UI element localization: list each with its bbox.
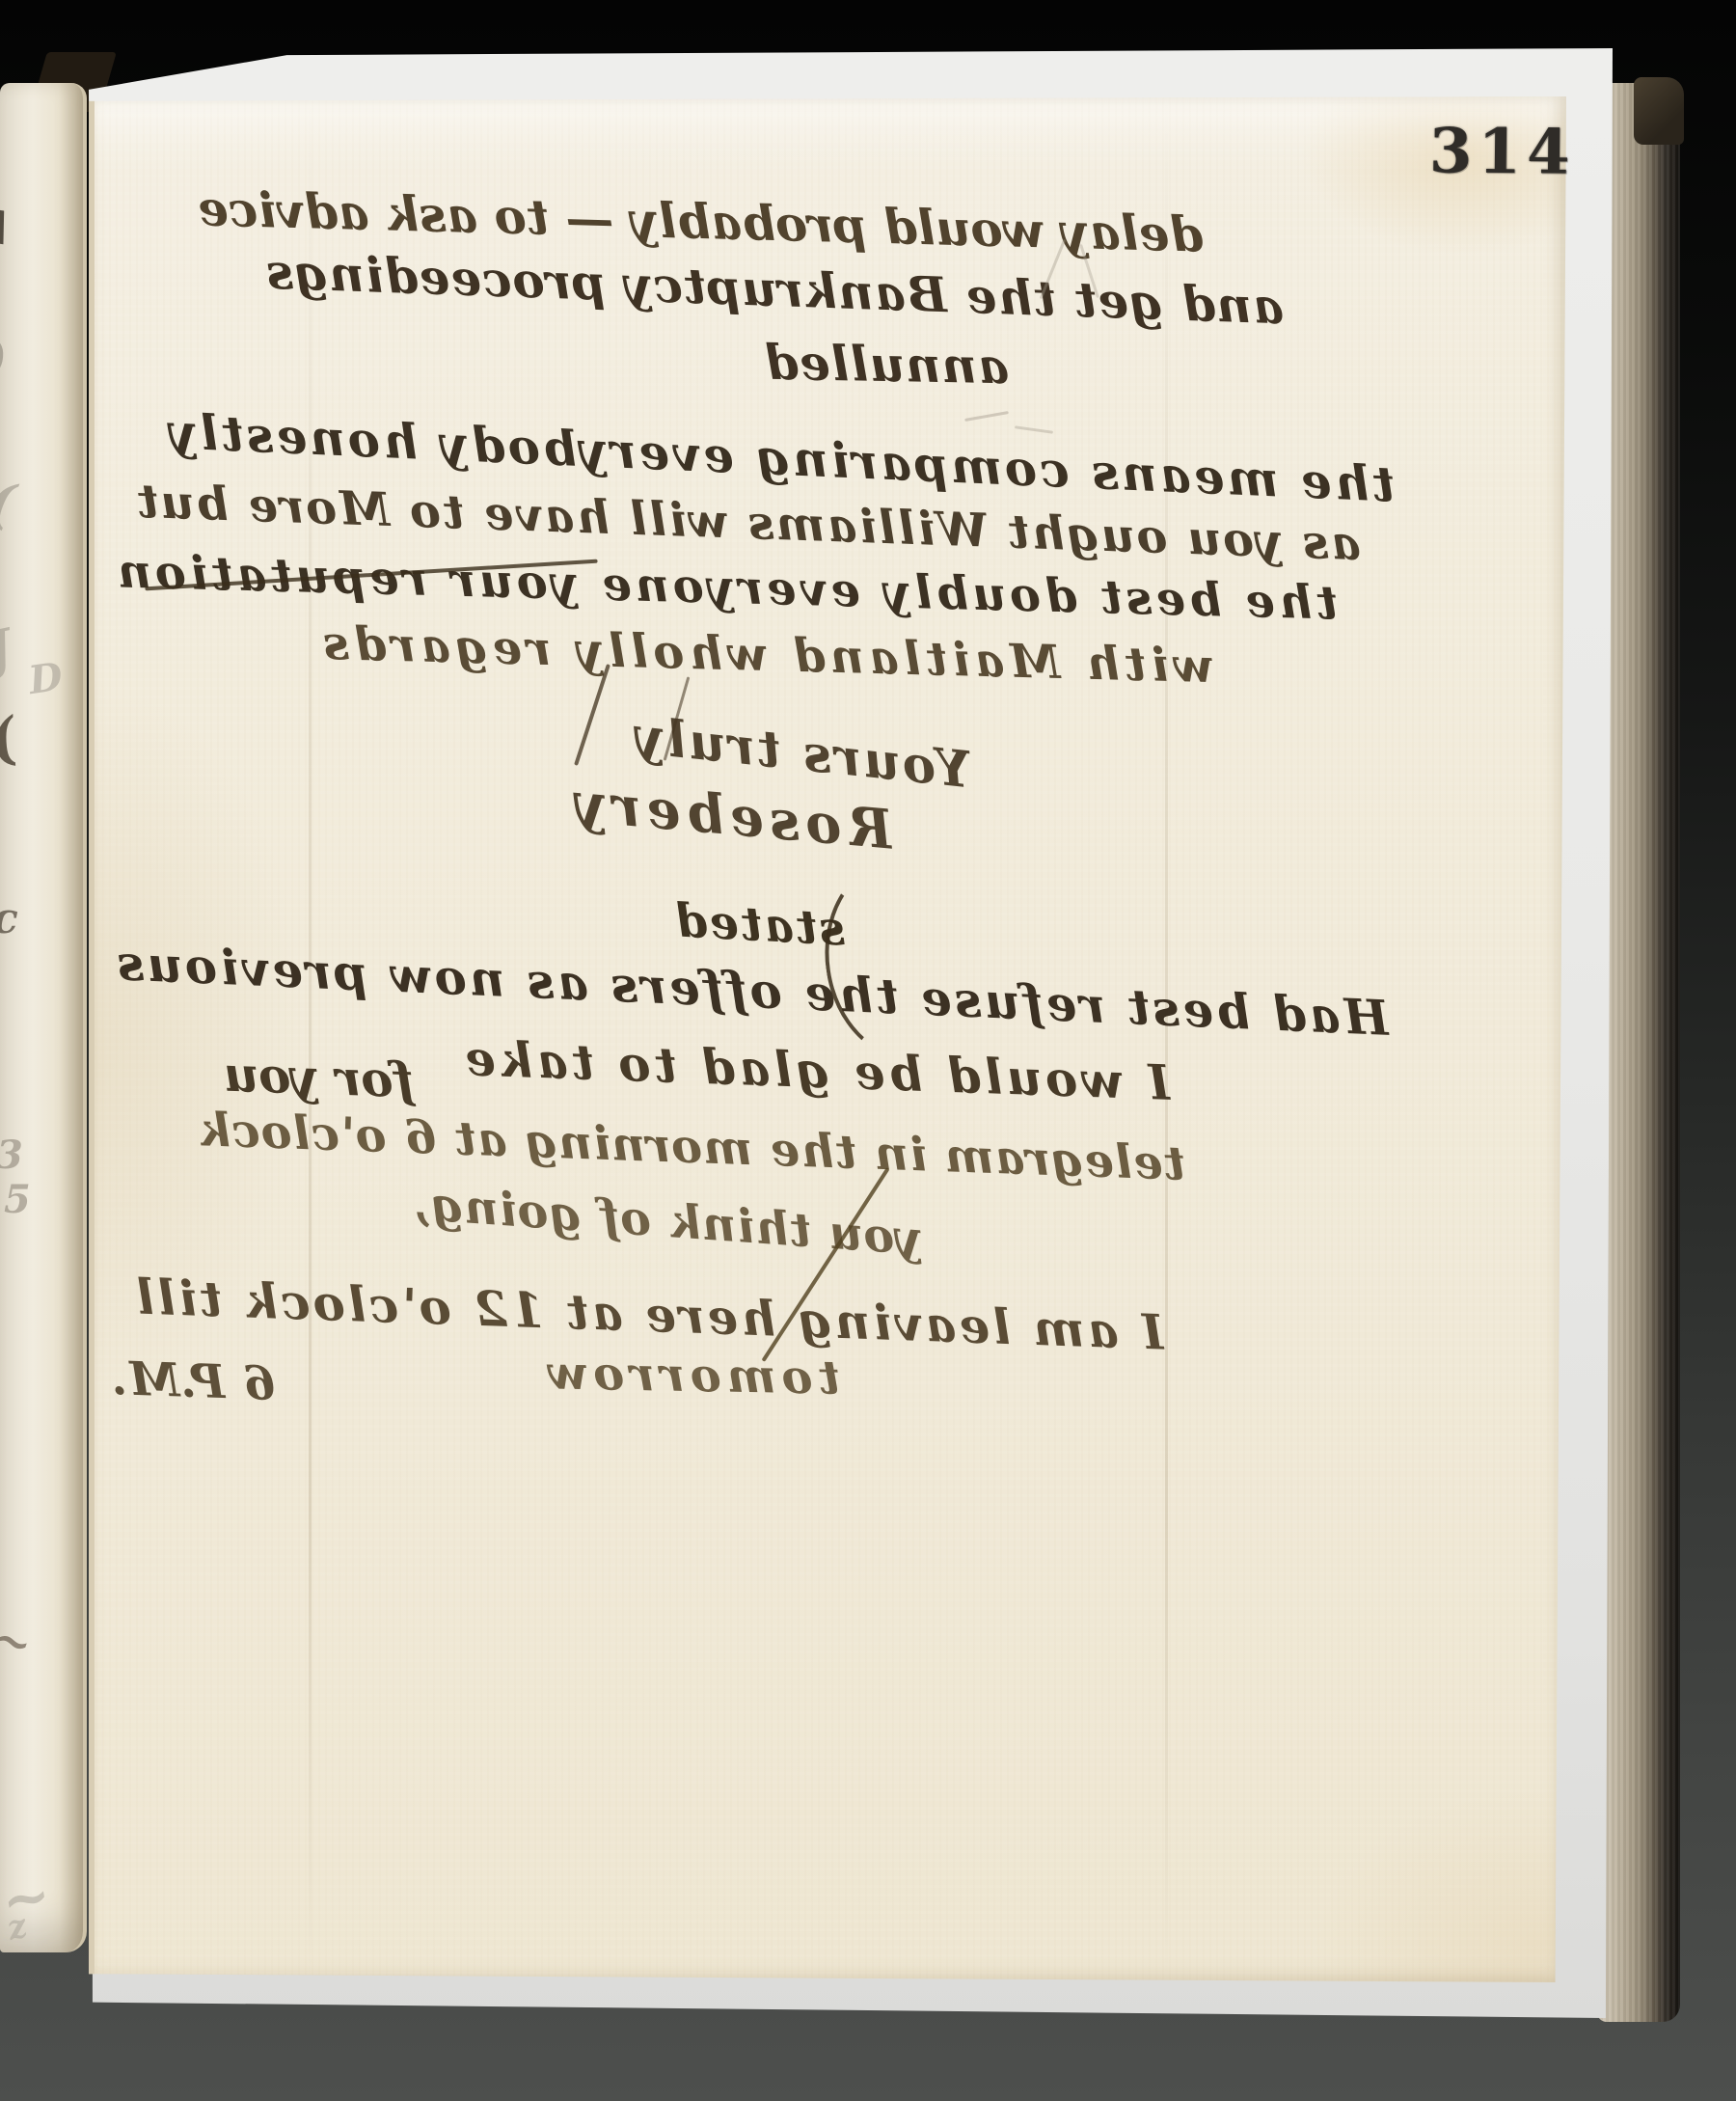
handwriting-line: stated xyxy=(672,897,847,952)
handwriting-line: Rosebery xyxy=(567,775,894,857)
handwriting-line: annulled xyxy=(764,339,1010,391)
handwriting-line: with Maitland wholly regards xyxy=(318,620,1214,690)
handwriting-line: 6 P.M. xyxy=(110,1355,276,1407)
handwriting-line: Had best refuse the offers as now previo… xyxy=(114,939,1391,1043)
handwriting-layer: delay would probably — to ask adviceand … xyxy=(0,0,1736,2101)
handwriting-line: tomorrow xyxy=(542,1350,841,1401)
ink-stroke xyxy=(574,664,610,766)
handwriting-line: telegram in the morning at 6 o'clock xyxy=(197,1106,1185,1187)
ink-stroke xyxy=(812,851,990,1069)
ink-stroke xyxy=(964,411,1009,422)
handwriting-line: I would be glad to take xyxy=(460,1034,1171,1107)
handwriting-line: for you xyxy=(223,1050,415,1105)
letterbook-photograph: \)(JD(c35~~z 314 delay would probably — … xyxy=(0,0,1736,2101)
handwriting-line: I am leaving here at 12 o'clock till xyxy=(132,1272,1164,1356)
ink-stroke xyxy=(1015,425,1053,434)
handwriting-line: you think of going, xyxy=(412,1181,924,1263)
